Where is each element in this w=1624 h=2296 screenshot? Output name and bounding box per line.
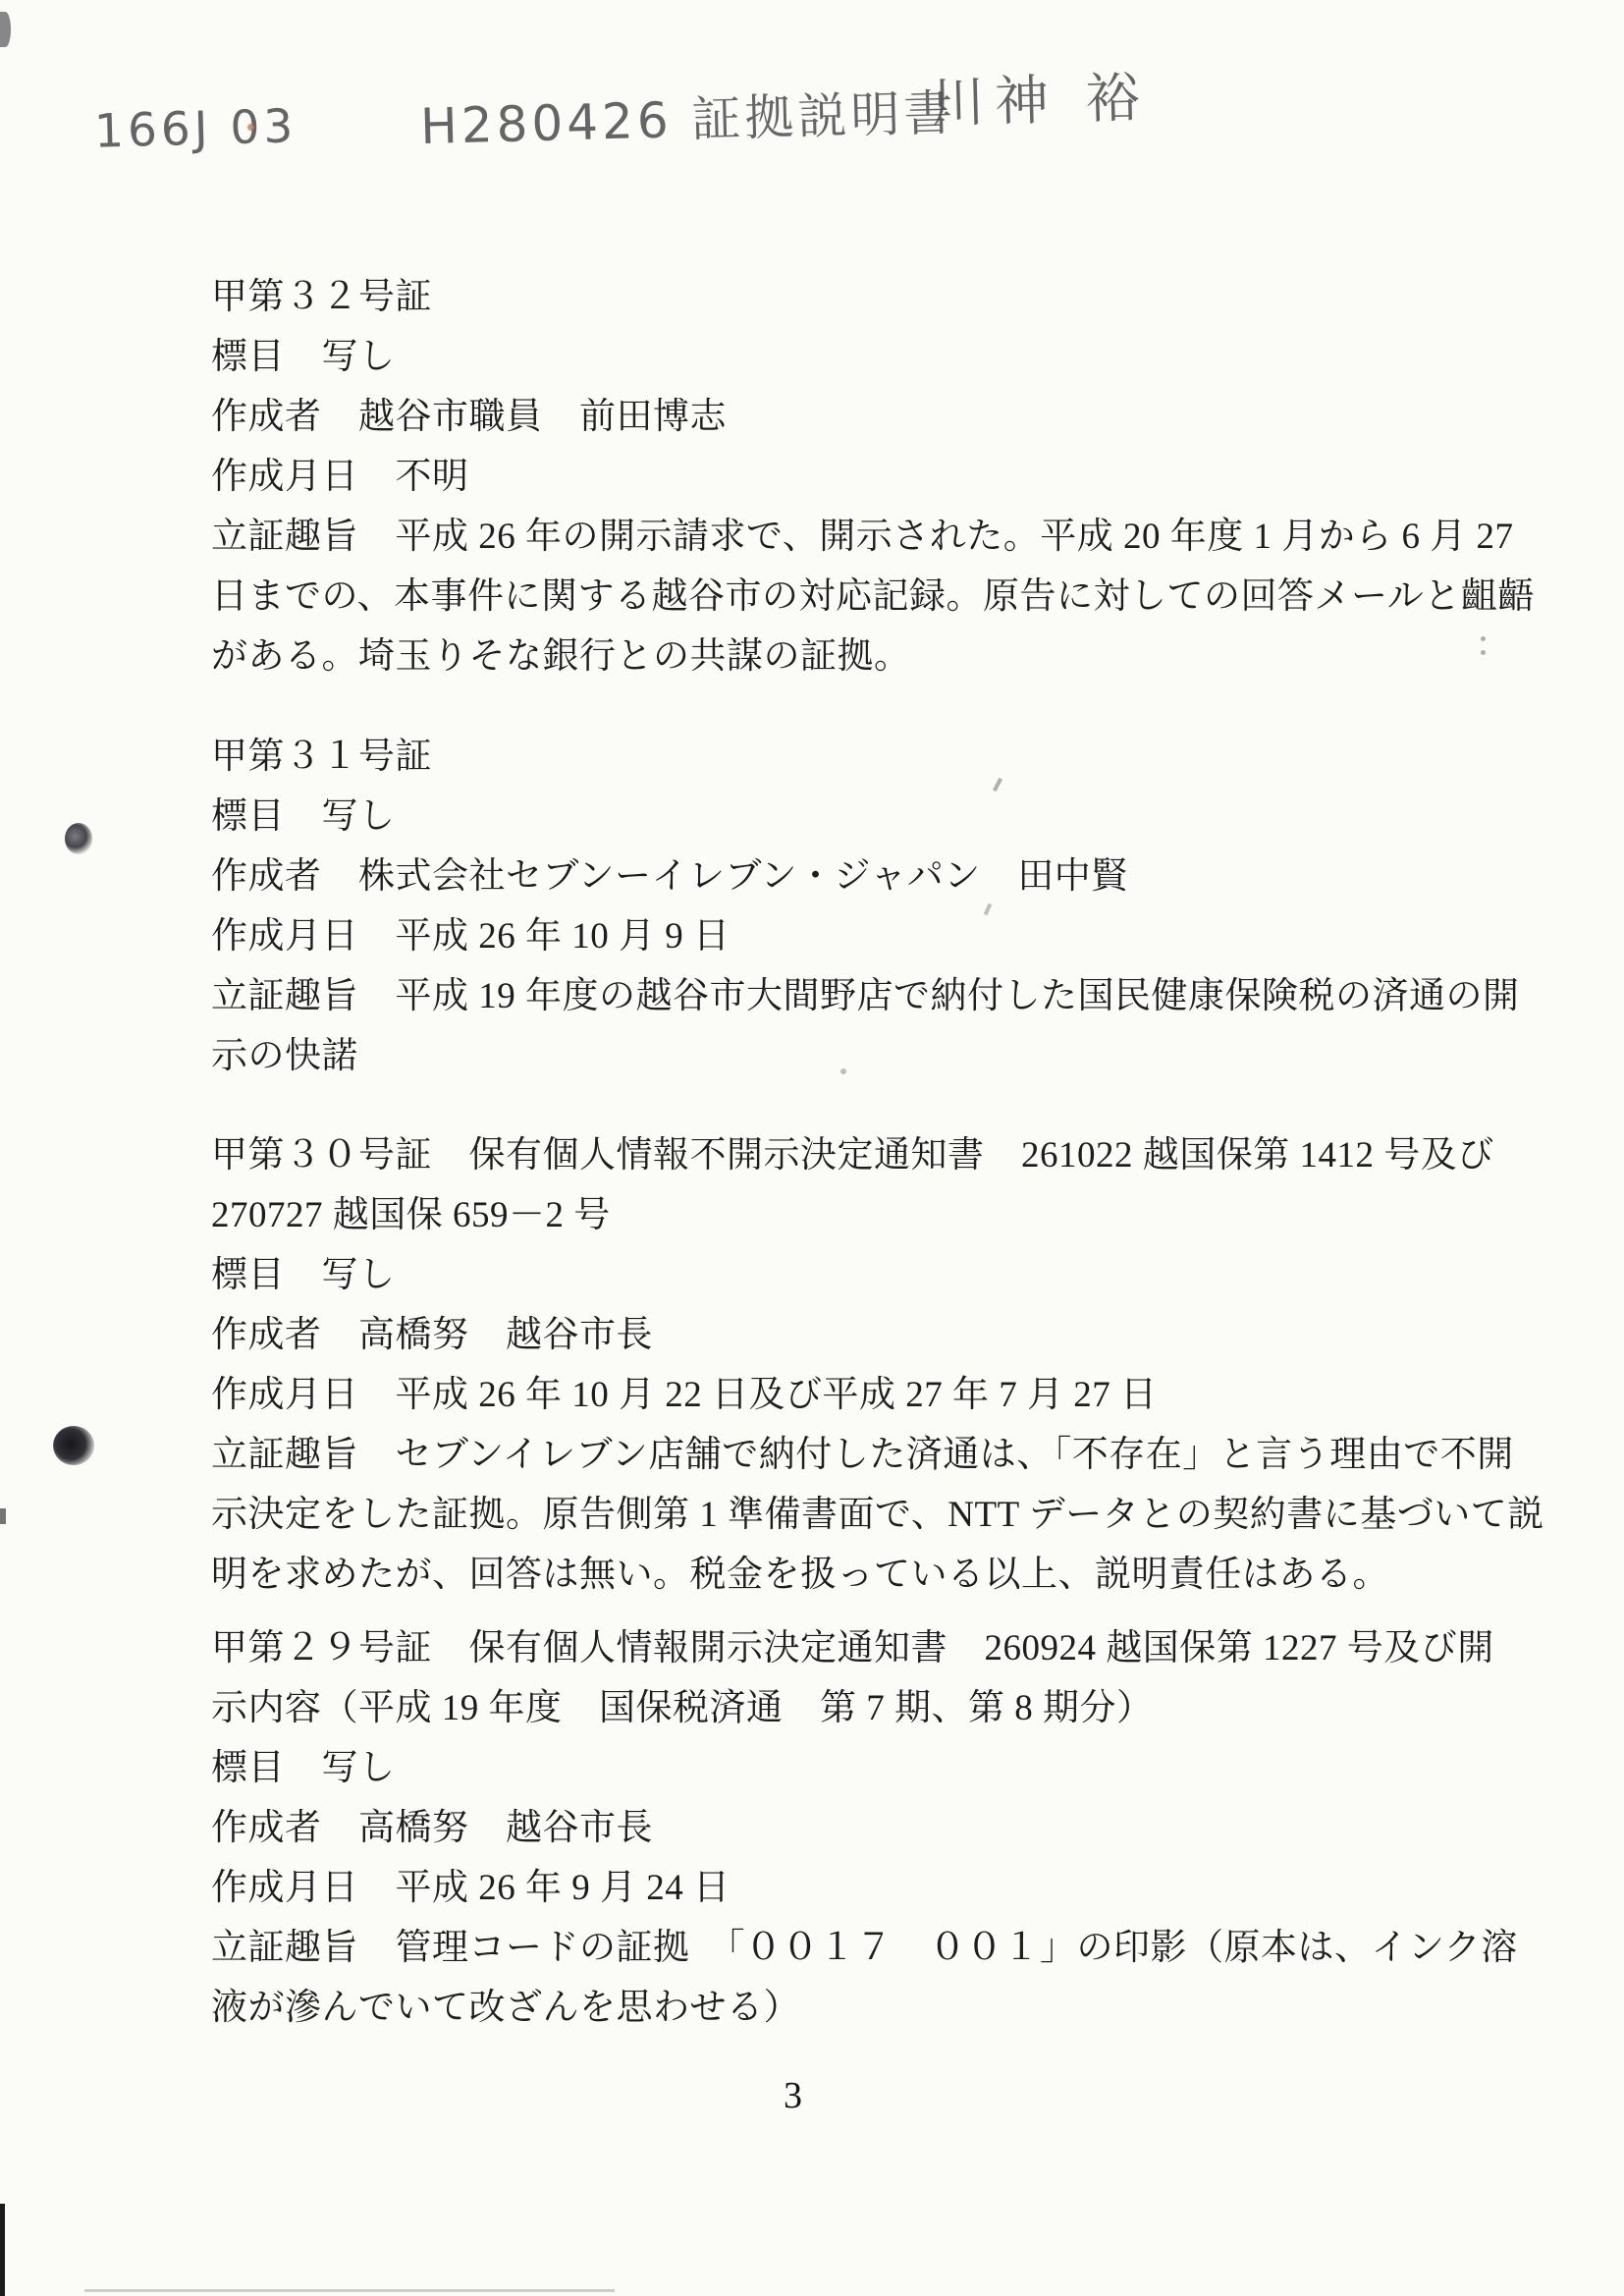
evidence-line: 作成月日 平成 26 年 9 月 24 日 bbox=[211, 1858, 1507, 1918]
evidence-line: 日までの、本事件に関する越谷市の対応記録。原告に対しての回答メールと齟齬 bbox=[211, 567, 1507, 627]
evidence-line: 作成者 高橋努 越谷市長 bbox=[211, 1798, 1507, 1858]
evidence-line: 示の快諾 bbox=[211, 1026, 1507, 1086]
evidence-line: 示内容（平成 19 年度 国保税済通 第 7 期、第 8 期分） bbox=[211, 1678, 1507, 1738]
scan-artifact-bottom-left-line bbox=[0, 2204, 5, 2296]
evidence-title: 甲第３０号証 保有個人情報不開示決定通知書 261022 越国保第 1412 号… bbox=[211, 1125, 1507, 1185]
evidence-section-ko-29: 甲第２９号証 保有個人情報開示決定通知書 260924 越国保第 1227 号及… bbox=[211, 1618, 1507, 2038]
scan-artifact-left-smudge bbox=[65, 823, 92, 854]
evidence-line: 示決定をした証拠。原告側第 1 準備書面で、NTT データとの契約書に基づいて説 bbox=[211, 1485, 1507, 1545]
evidence-line: 明を求めたが、回答は無い。税金を扱っている以上、説明責任はある。 bbox=[211, 1545, 1507, 1605]
evidence-line: 作成者 越谷市職員 前田博志 bbox=[211, 387, 1507, 447]
evidence-line: 標目 写し bbox=[211, 787, 1507, 847]
evidence-section-ko-30: 甲第３０号証 保有個人情報不開示決定通知書 261022 越国保第 1412 号… bbox=[211, 1125, 1507, 1605]
handwritten-document-title: H280426 証拠説明書 bbox=[419, 74, 957, 158]
handwritten-case-code: 166J 03 bbox=[93, 99, 298, 158]
evidence-line: 立証趣旨 セブンイレブン店舗で納付した済通は、「不存在」と言う理由で不開 bbox=[211, 1425, 1507, 1485]
evidence-line: 標目 写し bbox=[211, 327, 1507, 387]
scan-artifact-left-tick bbox=[0, 1508, 6, 1524]
scan-artifact-top-left-mark bbox=[0, 12, 11, 47]
scan-artifact-bottom-edge bbox=[84, 2289, 615, 2292]
evidence-line: 作成者 高橋努 越谷市長 bbox=[211, 1305, 1507, 1365]
evidence-line: 立証趣旨 平成 26 年の開示請求で、開示された。平成 20 年度 1 月から … bbox=[211, 507, 1507, 567]
evidence-line: 作成月日 平成 26 年 10 月 22 日及び平成 27 年 7 月 27 日 bbox=[211, 1365, 1507, 1425]
evidence-line: がある。埼玉りそな銀行との共謀の証拠。 bbox=[211, 627, 1507, 686]
evidence-section-ko-32: 甲第３２号証 標目 写し 作成者 越谷市職員 前田博志 作成月日 不明 立証趣旨… bbox=[211, 267, 1507, 686]
evidence-line: 立証趣旨 管理コードの証拠 「００１７ ００１」の印影（原本は、インク溶 bbox=[211, 1918, 1507, 1978]
evidence-line: 作成者 株式会社セブンーイレブン・ジャパン 田中賢 bbox=[211, 847, 1507, 906]
evidence-line: 作成月日 平成 26 年 10 月 9 日 bbox=[211, 906, 1507, 966]
evidence-line: 標目 写し bbox=[211, 1245, 1507, 1305]
evidence-line: 270727 越国保 659－2 号 bbox=[211, 1185, 1507, 1245]
page-number: 3 bbox=[784, 2074, 802, 2117]
evidence-line: 立証趣旨 平成 19 年度の越谷市大間野店で納付した国民健康保険税の済通の開 bbox=[211, 966, 1507, 1026]
scan-artifact-left-blob bbox=[53, 1426, 94, 1465]
evidence-line: 標目 写し bbox=[211, 1738, 1507, 1798]
evidence-title: 甲第３２号証 bbox=[211, 267, 1507, 327]
evidence-line: 作成月日 不明 bbox=[211, 447, 1507, 507]
evidence-title: 甲第２９号証 保有個人情報開示決定通知書 260924 越国保第 1227 号及… bbox=[211, 1618, 1507, 1678]
evidence-title: 甲第３１号証 bbox=[211, 727, 1507, 787]
handwritten-author-name: 川神 裕 bbox=[930, 54, 1150, 137]
evidence-section-ko-31: 甲第３１号証 標目 写し 作成者 株式会社セブンーイレブン・ジャパン 田中賢 作… bbox=[211, 727, 1507, 1086]
evidence-line: 液が滲んでいて改ざんを思わせる） bbox=[211, 1978, 1507, 2038]
